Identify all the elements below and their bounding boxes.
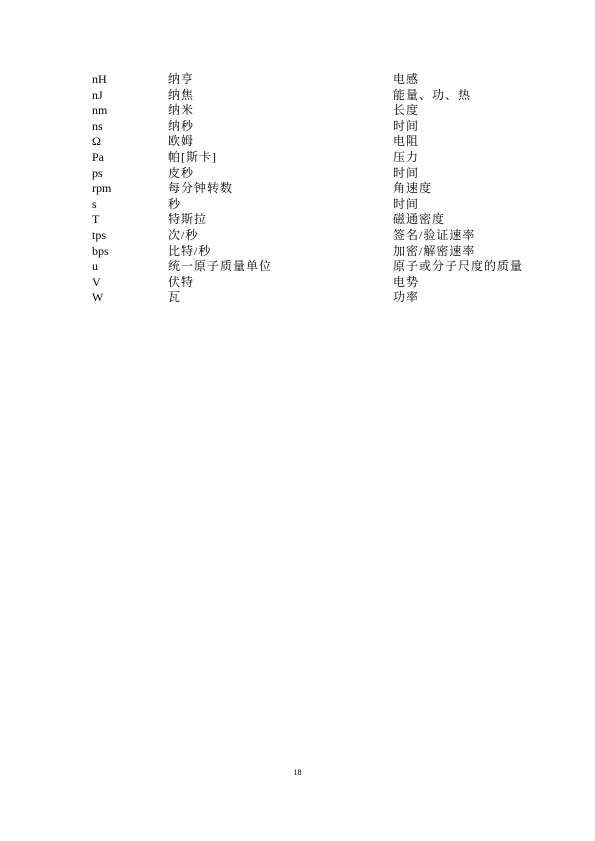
unit-name: 每分钟转数 (168, 181, 233, 197)
unit-quantity: 能量、功、热 (393, 88, 471, 104)
unit-symbol: Pa (92, 150, 104, 166)
unit-symbol: W (92, 290, 103, 306)
unit-symbol: V (92, 275, 101, 291)
unit-name: 特斯拉 (168, 212, 207, 228)
unit-symbol: ps (92, 166, 103, 182)
unit-quantity: 时间 (393, 119, 419, 135)
unit-symbol: nH (92, 72, 107, 88)
unit-name: 帕[斯卡] (168, 150, 217, 166)
unit-name: 秒 (168, 197, 181, 213)
unit-quantity: 时间 (393, 166, 419, 182)
unit-name: 比特/秒 (168, 244, 211, 260)
unit-symbol: s (92, 197, 97, 213)
unit-symbol: ns (92, 119, 103, 135)
unit-symbol: T (92, 212, 99, 228)
unit-quantity: 电势 (393, 275, 419, 291)
unit-symbol: tps (92, 228, 106, 244)
unit-symbol: nJ (92, 88, 103, 104)
unit-name: 皮秒 (168, 166, 194, 182)
unit-symbol: u (92, 259, 98, 275)
unit-symbol: Ω (92, 134, 101, 150)
unit-name: 纳米 (168, 103, 194, 119)
unit-quantity: 功率 (393, 290, 419, 306)
unit-quantity: 加密/解密速率 (393, 244, 475, 260)
unit-name: 次/秒 (168, 228, 198, 244)
unit-name: 统一原子质量单位 (168, 259, 272, 275)
unit-symbol: bps (92, 244, 109, 260)
unit-name: 纳秒 (168, 119, 194, 135)
unit-quantity: 电阻 (393, 134, 419, 150)
unit-quantity: 时间 (393, 197, 419, 213)
page-number: 18 (0, 768, 595, 777)
unit-name: 纳焦 (168, 88, 194, 104)
unit-quantity: 签名/验证速率 (393, 228, 475, 244)
unit-quantity: 电感 (393, 72, 419, 88)
unit-name: 伏特 (168, 275, 194, 291)
unit-name: 欧姆 (168, 134, 194, 150)
unit-name: 纳亨 (168, 72, 194, 88)
unit-symbol: rpm (92, 181, 111, 197)
unit-symbol: nm (92, 103, 107, 119)
unit-quantity: 角速度 (393, 181, 432, 197)
unit-quantity: 原子或分子尺度的质量 (393, 259, 523, 275)
unit-quantity: 压力 (393, 150, 419, 166)
unit-quantity: 长度 (393, 103, 419, 119)
unit-quantity: 磁通密度 (393, 212, 445, 228)
unit-name: 瓦 (168, 290, 181, 306)
